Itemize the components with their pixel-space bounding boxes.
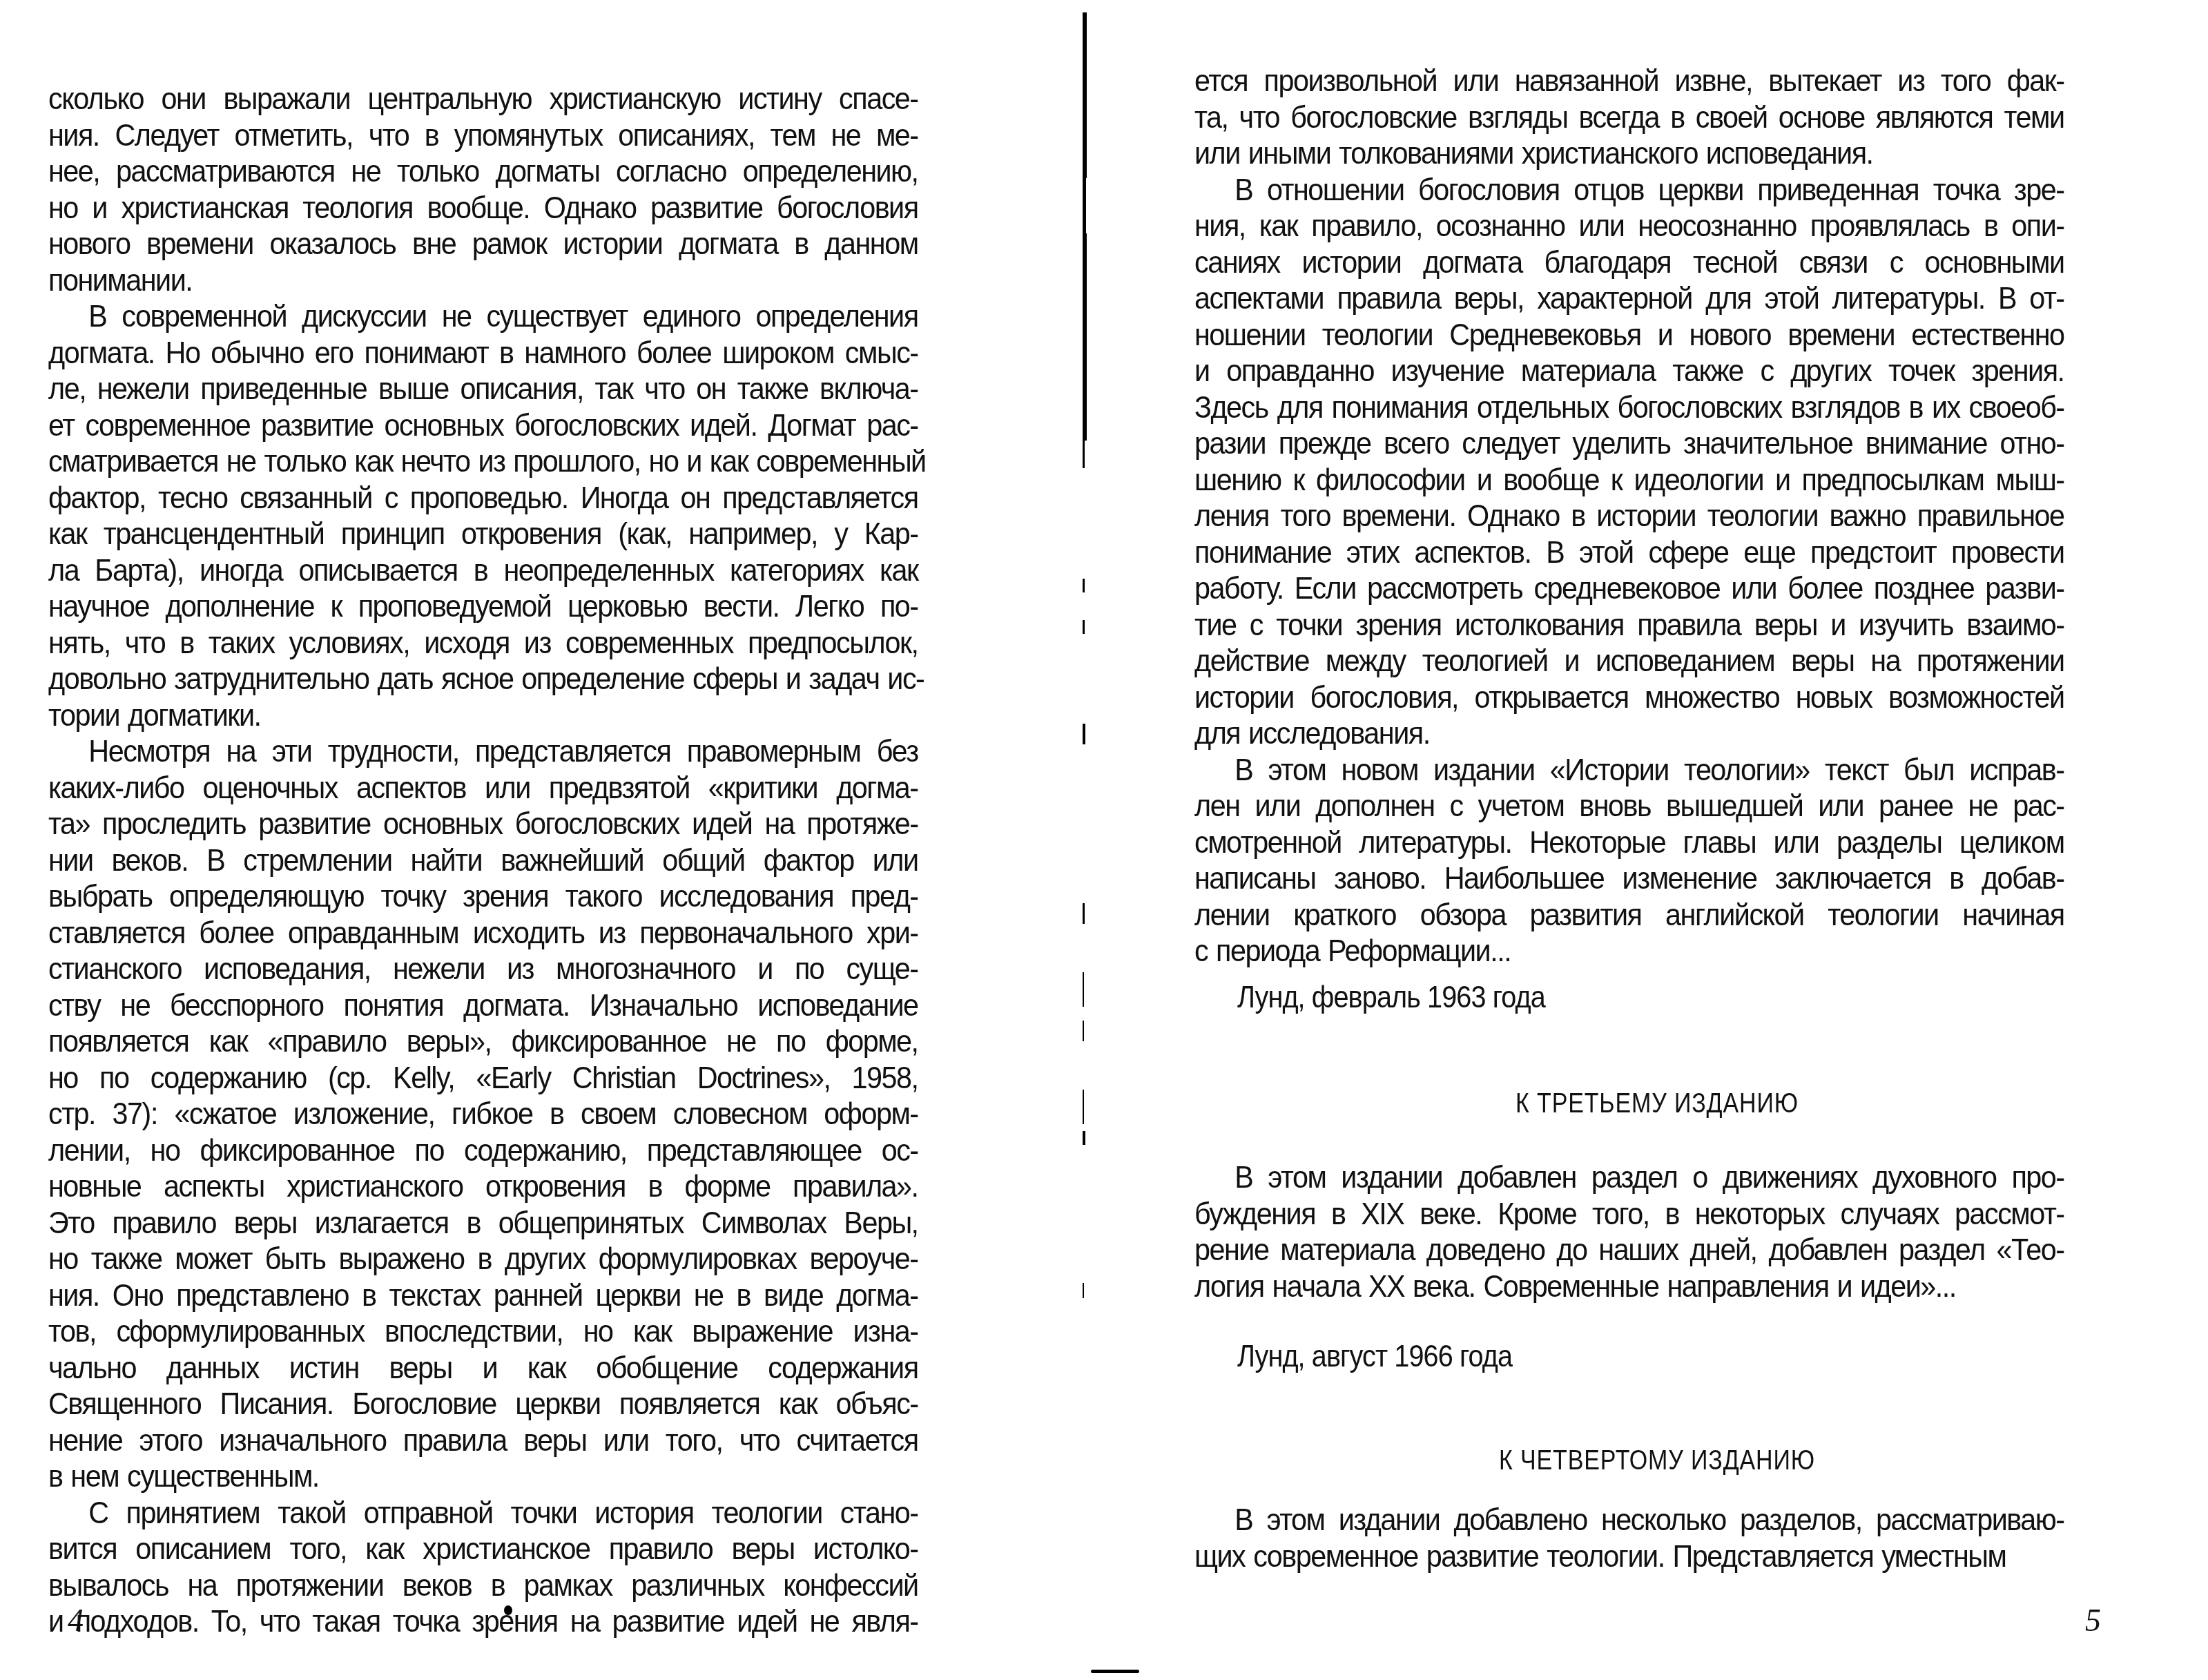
print-mark	[504, 1605, 512, 1615]
text-line: и подходов. То, что такая точка зрения н…	[48, 1604, 918, 1641]
text-line: буждения в XIX веке. Кроме того, в некот…	[1194, 1197, 2064, 1233]
text-line: рение материала доведено до наших дней, …	[1194, 1233, 2064, 1269]
text-line: смотренной литературы. Некоторые главы и…	[1194, 825, 2064, 862]
text-line: но по содержанию (ср. Kelly, «Early Chri…	[48, 1061, 918, 1097]
text-line: лении краткого обзора развития английско…	[1194, 898, 2064, 934]
text-line: ле, нежели приведенные выше описания, та…	[48, 371, 918, 408]
text-line: но и христианская теология вообще. Однак…	[48, 191, 918, 227]
fourth-edition-text: В этом издании добавлено несколько разде…	[1194, 1503, 2064, 1575]
text-line: щих современное развитие теологии. Предс…	[1194, 1539, 2064, 1576]
text-line: но также может быть выражено в других фо…	[48, 1242, 918, 1278]
text-line: ставляется более оправданным исходить из…	[48, 916, 918, 952]
text-line: логия начала XX века. Современные направ…	[1194, 1269, 2064, 1306]
paragraph-start: В этом издании добавлен раздел о движени…	[1194, 1160, 2064, 1197]
text-line: понимании.	[48, 263, 918, 300]
text-line: ству не бесспорного понятия догмата. Изн…	[48, 988, 918, 1025]
text-line: вывалось на протяжении веков в рамках ра…	[48, 1568, 918, 1605]
text-line: сколько они выражали центральную христиа…	[48, 81, 918, 118]
text-line: нии веков. В стремлении найти важнейший …	[48, 843, 918, 880]
paragraph-start: В этом новом издании «Истории теологии» …	[1194, 753, 2064, 789]
text-line: довольно затруднительно дать ясное опред…	[48, 662, 918, 698]
page-number-left: 4	[68, 1602, 84, 1639]
text-line: работу. Если рассмотреть средневековое и…	[1194, 571, 2064, 608]
text-line: каких-либо оценочных аспектов или предвз…	[48, 771, 918, 807]
text-line: Священного Писания. Богословие церкви по…	[48, 1387, 918, 1423]
page-number-right: 5	[2085, 1602, 2101, 1639]
text-line: стр. 37): «сжатое изложение, гибкое в св…	[48, 1097, 918, 1133]
text-line: сматривается не только как нечто из прош…	[48, 444, 918, 481]
text-line: ла Барта), иногда описывается в неопреде…	[48, 553, 918, 590]
book-spine-gutter	[1083, 12, 1087, 1670]
text-line: ния. Оно представлено в текстах ранней ц…	[48, 1278, 918, 1315]
paragraph-start: В современной дискуссии не существует ед…	[48, 299, 918, 336]
text-line: та, что богословские взгляды всегда в св…	[1194, 100, 2064, 137]
text-line: догмата. Но обычно его понимают в намног…	[48, 336, 918, 372]
paragraph-start: С принятием такой отправной точки истори…	[48, 1496, 918, 1532]
text-line: Это правило веры излагается в общепринят…	[48, 1206, 918, 1242]
text-line: как трансцендентный принцип откровения (…	[48, 516, 918, 553]
text-line: тории догматики.	[48, 698, 918, 735]
text-line: Здесь для понимания отдельных богословск…	[1194, 390, 2064, 427]
text-line: вится описанием того, как христианское п…	[48, 1532, 918, 1568]
text-line: тов, сформулированных впоследствии, но к…	[48, 1314, 918, 1351]
text-line: истории богословия, открывается множеств…	[1194, 680, 2064, 717]
text-line: действие между теологией и исповеданием …	[1194, 644, 2064, 680]
paragraph-start: В отношении богословия отцов церкви прив…	[1194, 173, 2064, 209]
text-line: научное дополнение к проповедуемой церко…	[48, 589, 918, 626]
section-heading-fourth-edition: К ЧЕТВЕРТОМУ ИЗДАНИЮ	[1264, 1445, 2051, 1476]
text-line: та» проследить развитие основных богосло…	[48, 807, 918, 843]
paragraph-start: Несмотря на эти трудности, представляетс…	[48, 734, 918, 771]
text-line: ношении теологии Средневековья и нового …	[1194, 318, 2064, 354]
text-line: в нем существенным.	[48, 1459, 918, 1496]
text-line: появляется как «правило веры», фиксирова…	[48, 1024, 918, 1061]
text-line: нее, рассматриваются не только догматы с…	[48, 154, 918, 191]
text-line: ется произвольной или навязанной извне, …	[1194, 64, 2064, 100]
text-line: нять, что в таких условиях, исходя из со…	[48, 626, 918, 662]
text-line: с периода Реформации...	[1194, 934, 2064, 970]
print-mark	[1091, 1670, 1139, 1673]
text-line: ет современное развитие основных богосло…	[48, 408, 918, 445]
signature-date-1966: Лунд, август 1966 года	[1237, 1340, 1512, 1374]
text-line: или иными толкованиями христианского исп…	[1194, 136, 2064, 173]
text-line: тие с точки зрения истолкования правила …	[1194, 608, 2064, 644]
text-line: лен или дополнен с учетом вновь вышедшей…	[1194, 789, 2064, 825]
text-line: ления того времени. Однако в истории тео…	[1194, 499, 2064, 535]
text-line: лении, но фиксированное по содержанию, п…	[48, 1133, 918, 1170]
text-line: саниях истории догмата благодаря тесной …	[1194, 245, 2064, 282]
text-line: выбрать определяющую точку зрения такого…	[48, 879, 918, 916]
left-page-text: сколько они выражали центральную христиа…	[48, 81, 918, 1641]
right-page-text: ется произвольной или навязанной извне, …	[1194, 64, 2064, 970]
text-line: шению к философии и вообще к идеологии и…	[1194, 463, 2064, 499]
text-line: разии прежде всего следует уделить значи…	[1194, 426, 2064, 463]
text-line: ния. Следует отметить, что в упомянутых …	[48, 118, 918, 155]
text-line: стианского исповедания, нежели из многоз…	[48, 952, 918, 988]
text-line: нового времени оказалось вне рамок истор…	[48, 226, 918, 263]
text-line: нение этого изначального правила веры ил…	[48, 1423, 918, 1460]
third-edition-text: В этом издании добавлен раздел о движени…	[1194, 1160, 2064, 1305]
section-heading-third-edition: К ТРЕТЬЕМУ ИЗДАНИЮ	[1264, 1088, 2051, 1119]
text-line: аспектами правила веры, характерной для …	[1194, 281, 2064, 318]
text-line: новные аспекты христианского откровения …	[48, 1169, 918, 1206]
text-line: фактор, тесно связанный с проповедью. Ин…	[48, 481, 918, 517]
right-page: ется произвольной или навязанной извне, …	[1194, 0, 2133, 1680]
text-line: написаны заново. Наибольшее изменение за…	[1194, 861, 2064, 898]
paragraph-start: В этом издании добавлено несколько разде…	[1194, 1503, 2064, 1539]
text-line: и оправданно изучение материала также с …	[1194, 354, 2064, 390]
left-page: сколько они выражали центральную христиа…	[48, 0, 987, 1680]
text-line: для исследования.	[1194, 716, 2064, 753]
signature-date-1963: Лунд, февраль 1963 года	[1237, 981, 1545, 1015]
text-line: ния, как правило, осознанно или неосозна…	[1194, 209, 2064, 245]
text-line: понимание этих аспектов. В этой сфере ещ…	[1194, 535, 2064, 572]
text-line: чально данных истин веры и как обобщение…	[48, 1351, 918, 1387]
